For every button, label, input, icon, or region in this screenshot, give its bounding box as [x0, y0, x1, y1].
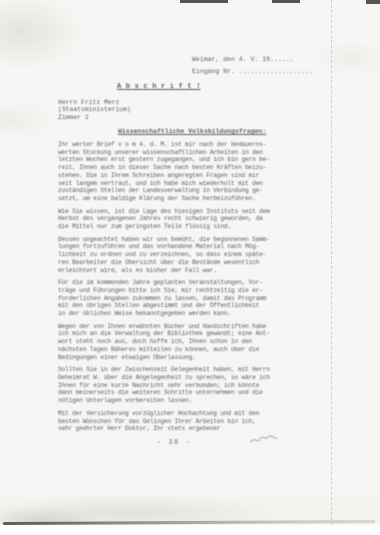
- text-line: Dessen ungeachtet haben wir uns bemüht, …: [58, 236, 298, 244]
- paragraph: Wie Sie wissen, ist die Lage des hiesige…: [58, 208, 298, 231]
- text-line: Herbst des vergangenen Jahres recht schw…: [58, 215, 298, 223]
- recipient-address: Herrn Fritz Merz (Staatsministerium) Zim…: [58, 99, 131, 121]
- text-line: nächsten Tagen Näheres mitteilen zu könn…: [58, 346, 298, 354]
- text-line: mit den übrigen Stellen abgestimmt und d…: [58, 302, 298, 310]
- text-line: Geheimrat W. über die Angelegenheit zu s…: [58, 374, 298, 382]
- text-line: zuständigen Stellen der Landesverwaltung…: [58, 187, 298, 195]
- text-line: Mit der Versicherung vorzüglicher Hochac…: [58, 410, 298, 418]
- scanned-letter-page: Weimar, den 4. V. 19...... Eingang Nr. .…: [0, 0, 380, 535]
- text-line: setzt, um eine baldige Klärung der Sache…: [58, 195, 298, 203]
- recipient-line: (Staatsministerium): [58, 106, 131, 113]
- text-line: lichkeit zu ordnen und zu verzeichnen, s…: [58, 251, 298, 259]
- text-line: werten Stockung unserer wissenschaftlich…: [58, 149, 298, 157]
- paper-fold-line: [331, 0, 332, 535]
- text-line: dann meinerseits die weiteren Schritte u…: [58, 389, 298, 397]
- text-line: Ihnen für eine kurze Nachricht sehr verb…: [58, 382, 298, 390]
- text-line: Ihr werter Brief v o m 4. d. M. ist mir …: [58, 141, 298, 149]
- recipient-line: Herrn Fritz Merz: [58, 99, 131, 106]
- text-line: besten Wünschen für das Gelingen Ihrer A…: [58, 418, 298, 426]
- text-line: seit langem vertraut, und ich habe mich …: [58, 180, 298, 188]
- text-line: die Mittel nur zum geringsten Teile flüs…: [58, 223, 298, 231]
- date-line: Weimar, den 4. V. 19......: [192, 56, 293, 63]
- text-line: letzten Wochen erst gestern zugegangen, …: [58, 156, 298, 164]
- text-line: Für die im kommenden Jahre geplanten Ver…: [58, 279, 298, 287]
- scan-edge-mark: [366, 0, 380, 4]
- text-line: stehen. Die in Ihrem Schreiben angeregte…: [58, 172, 298, 180]
- paragraph: Sollten Sie in der Zwischenzeit Gelegenh…: [58, 366, 298, 405]
- entry-number-line: Eingang Nr. ...................: [192, 68, 313, 75]
- paragraph: Wegen der von Ihnen erwähnten Bücher und…: [58, 323, 298, 362]
- handwritten-mark-icon: [250, 433, 278, 447]
- text-line: erleichtert wird, als es bisher der Fall…: [58, 267, 298, 275]
- text-line: träge und Führungen bitte ich Sie, mir r…: [58, 287, 298, 295]
- paragraph: Ihr werter Brief v o m 4. d. M. ist mir …: [58, 141, 298, 203]
- text-line: Wie Sie wissen, ist die Lage des hiesige…: [58, 208, 298, 216]
- scan-background-strip: [0, 525, 380, 535]
- text-line: sehr geehrter Herr Doktor, Ihr stets erg…: [58, 425, 298, 433]
- paragraph: Dessen ungeachtet haben wir uns bemüht, …: [58, 236, 298, 275]
- text-line: lungen fortzuführen und das vorhandene M…: [58, 243, 298, 251]
- text-line: ren Bearbeiter die Übersicht über die Be…: [58, 259, 298, 267]
- text-line: Sollten Sie in der Zwischenzeit Gelegenh…: [58, 366, 298, 374]
- text-line: nötigen Unterlagen vorbereiten lassen.: [58, 397, 298, 405]
- recipient-line: Zimmer 2: [58, 114, 131, 121]
- letter-body: Ihr werter Brief v o m 4. d. M. ist mir …: [58, 141, 298, 438]
- page-number-mark: - 38 -: [157, 439, 191, 447]
- text-line: Wegen der von Ihnen erwähnten Bücher und…: [58, 323, 298, 331]
- copy-label: A b s c h r i f t !: [117, 83, 201, 91]
- text-line: ich mich an die Verwaltung der Bibliothe…: [58, 330, 298, 338]
- scan-edge-mark: [272, 0, 300, 3]
- paragraph: Für die im kommenden Jahre geplanten Ver…: [58, 279, 298, 318]
- scan-edge-mark: [180, 0, 228, 3]
- text-line: in der üblichen Weise bekanntgegeben wer…: [58, 310, 298, 318]
- paragraph: Mit der Versicherung vorzüglicher Hochac…: [58, 410, 298, 433]
- text-line: Bedingungen einer etwaigen Überlassung.: [58, 354, 298, 362]
- text-line: wort steht noch aus, doch hoffe ich, Ihn…: [58, 338, 298, 346]
- text-line: reit, Ihnen auch in dieser Sache nach be…: [58, 164, 298, 172]
- subject-line: Wissenschaftliche Volksbildungsfragen:: [118, 128, 266, 135]
